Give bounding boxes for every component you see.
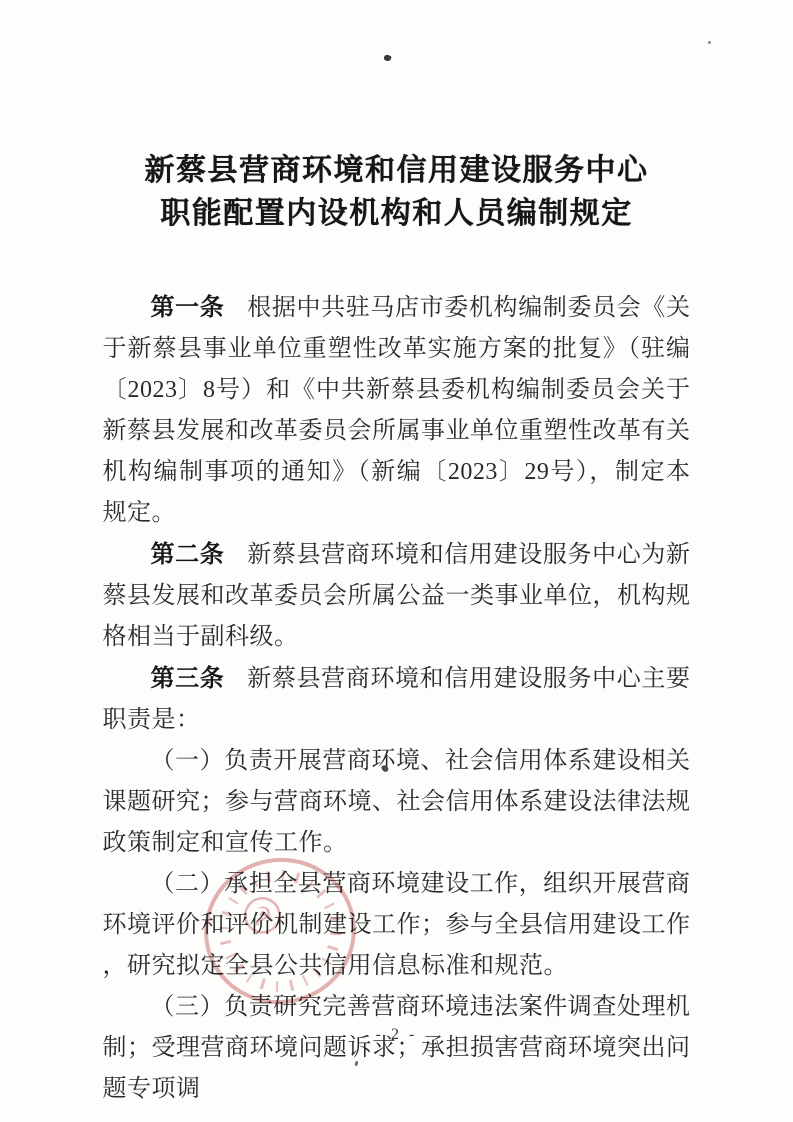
scanned-document-page: 新蔡县营商环境和信用建设服务中心 职能配置内设机构和人员编制规定 第一条根据中共… [0,0,793,1122]
paragraph-text: 根据中共驻马店市委机构编制委员会《关于新蔡县事业单位重塑性改革实施方案的批复》（… [103,295,691,526]
paragraph-article-3: 第三条新蔡县营商环境和信用建设服务中心主要职责是： [103,658,691,741]
paragraph-duty-2: （二）承担全县营商环境建设工作，组织开展营商环境评价和评价机制建设工作；参与全县… [103,864,691,987]
article-number-1: 第一条 [151,293,225,321]
paragraph-text: （三）负责研究完善营商环境违法案件调查处理机制；受理营商环境问题诉求；承担损害营… [103,994,691,1102]
paragraph-article-2: 第二条新蔡县营商环境和信用建设服务中心为新蔡县发展和改革委员会所属公益一类事业单… [103,534,691,658]
paragraph-text: （二）承担全县营商环境建设工作，组织开展营商环境评价和评价机制建设工作；参与全县… [103,871,691,979]
paragraph-text: （一）负责开展营商环境、社会信用体系建设相关课题研究；参与营商环境、社会信用体系… [103,748,691,856]
paragraph-article-1: 第一条根据中共驻马店市委机构编制委员会《关于新蔡县事业单位重塑性改革实施方案的批… [103,287,691,534]
title-line-1: 新蔡县营商环境和信用建设服务中心 [0,149,793,192]
document-title: 新蔡县营商环境和信用建设服务中心 职能配置内设机构和人员编制规定 [0,0,793,235]
paragraph-duty-1: （一）负责开展营商环境、社会信用体系建设相关课题研究；参与营商环境、社会信用体系… [103,741,691,864]
paragraph-duty-3: （三）负责研究完善营商环境违法案件调查处理机制；受理营商环境问题诉求；承担损害营… [103,987,691,1110]
document-body: 第一条根据中共驻马店市委机构编制委员会《关于新蔡县事业单位重塑性改革实施方案的批… [103,287,691,1110]
article-number-3: 第三条 [151,664,225,692]
title-line-2: 职能配置内设机构和人员编制规定 [0,192,793,235]
article-number-2: 第二条 [151,540,225,568]
page-number: - 2 - [0,1026,793,1044]
scan-speck [708,41,711,44]
